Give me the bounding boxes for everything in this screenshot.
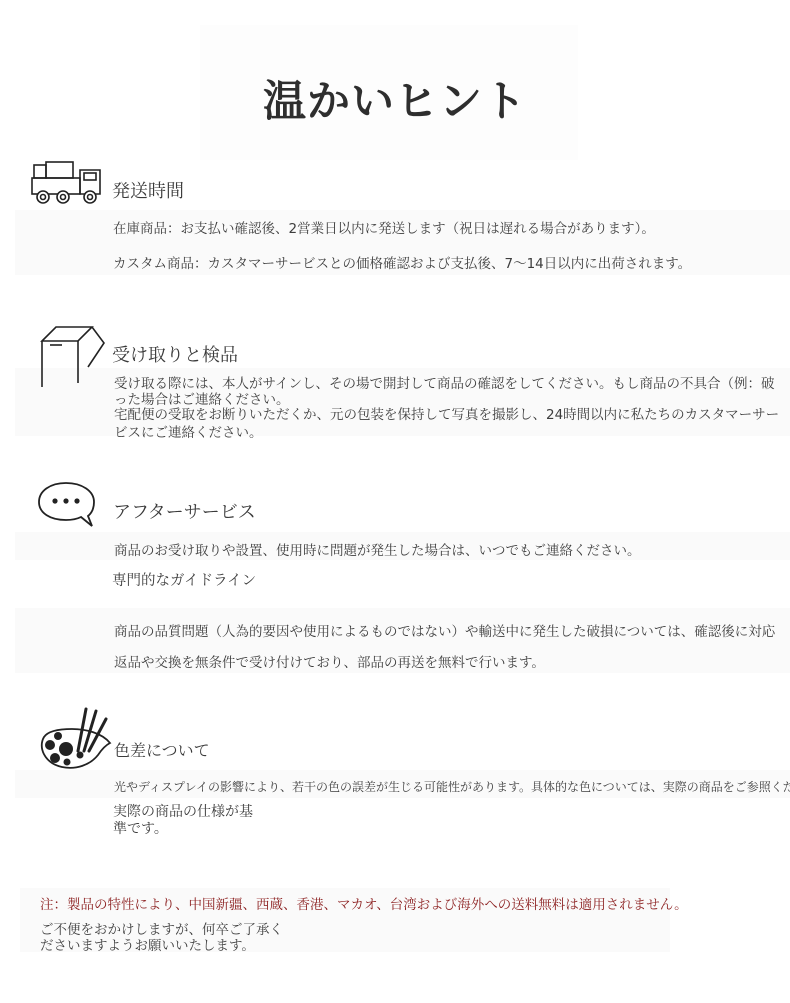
- box-icon: [36, 323, 108, 389]
- after-service-guideline-label: 専門的なガイドライン: [112, 569, 256, 590]
- page-title: 温かいヒント: [0, 68, 790, 129]
- truck-icon: [30, 160, 108, 206]
- shipping-custom-text: カスタム商品：カスタマーサービスとの価格確認および支払後、7〜14日以内に出荷さ…: [113, 252, 691, 272]
- section-heading-after-service: アフターサービス: [113, 498, 256, 524]
- section-heading-receiving: 受け取りと検品: [112, 341, 238, 367]
- section-heading-shipping: 発送時間: [112, 177, 184, 203]
- apology-text-line-2: ださいますようお願いいたします。: [40, 934, 255, 954]
- speech-bubble-icon: [36, 480, 98, 532]
- color-difference-text-1: 光やディスプレイの影響により、若干の色の誤差が生じる可能性があります。具体的な色…: [114, 778, 790, 795]
- after-service-text-1: 商品のお受け取りや設置、使用時に問題が発生した場合は、いつでもご連絡ください。: [114, 539, 641, 559]
- receiving-text-4: ビスにご連絡ください。: [114, 421, 263, 441]
- color-difference-text-3: 準です。: [113, 818, 168, 838]
- section-heading-color-difference: 色差について: [114, 738, 210, 761]
- palette-icon: [36, 703, 112, 771]
- after-service-text-2: 商品の品質問題（人為的要因や使用によるものではない）や輸送中に発生した破損につい…: [114, 620, 775, 640]
- shipping-stock-text: 在庫商品：お支払い確認後、2営業日以内に発送します（祝日は遅れる場合があります）…: [113, 217, 655, 237]
- receiving-text-3: 宅配便の受取をお断りいただくか、元の包装を保持して写真を撮影し、24時間以内に私…: [114, 403, 779, 423]
- shipping-exclusion-note: 注：製品の特性により、中国新疆、西蔵、香港、マカオ、台湾および海外への送料無料は…: [40, 893, 688, 913]
- after-service-text-3: 返品や交換を無条件で受け付けており、部品の再送を無料で行います。: [114, 651, 545, 671]
